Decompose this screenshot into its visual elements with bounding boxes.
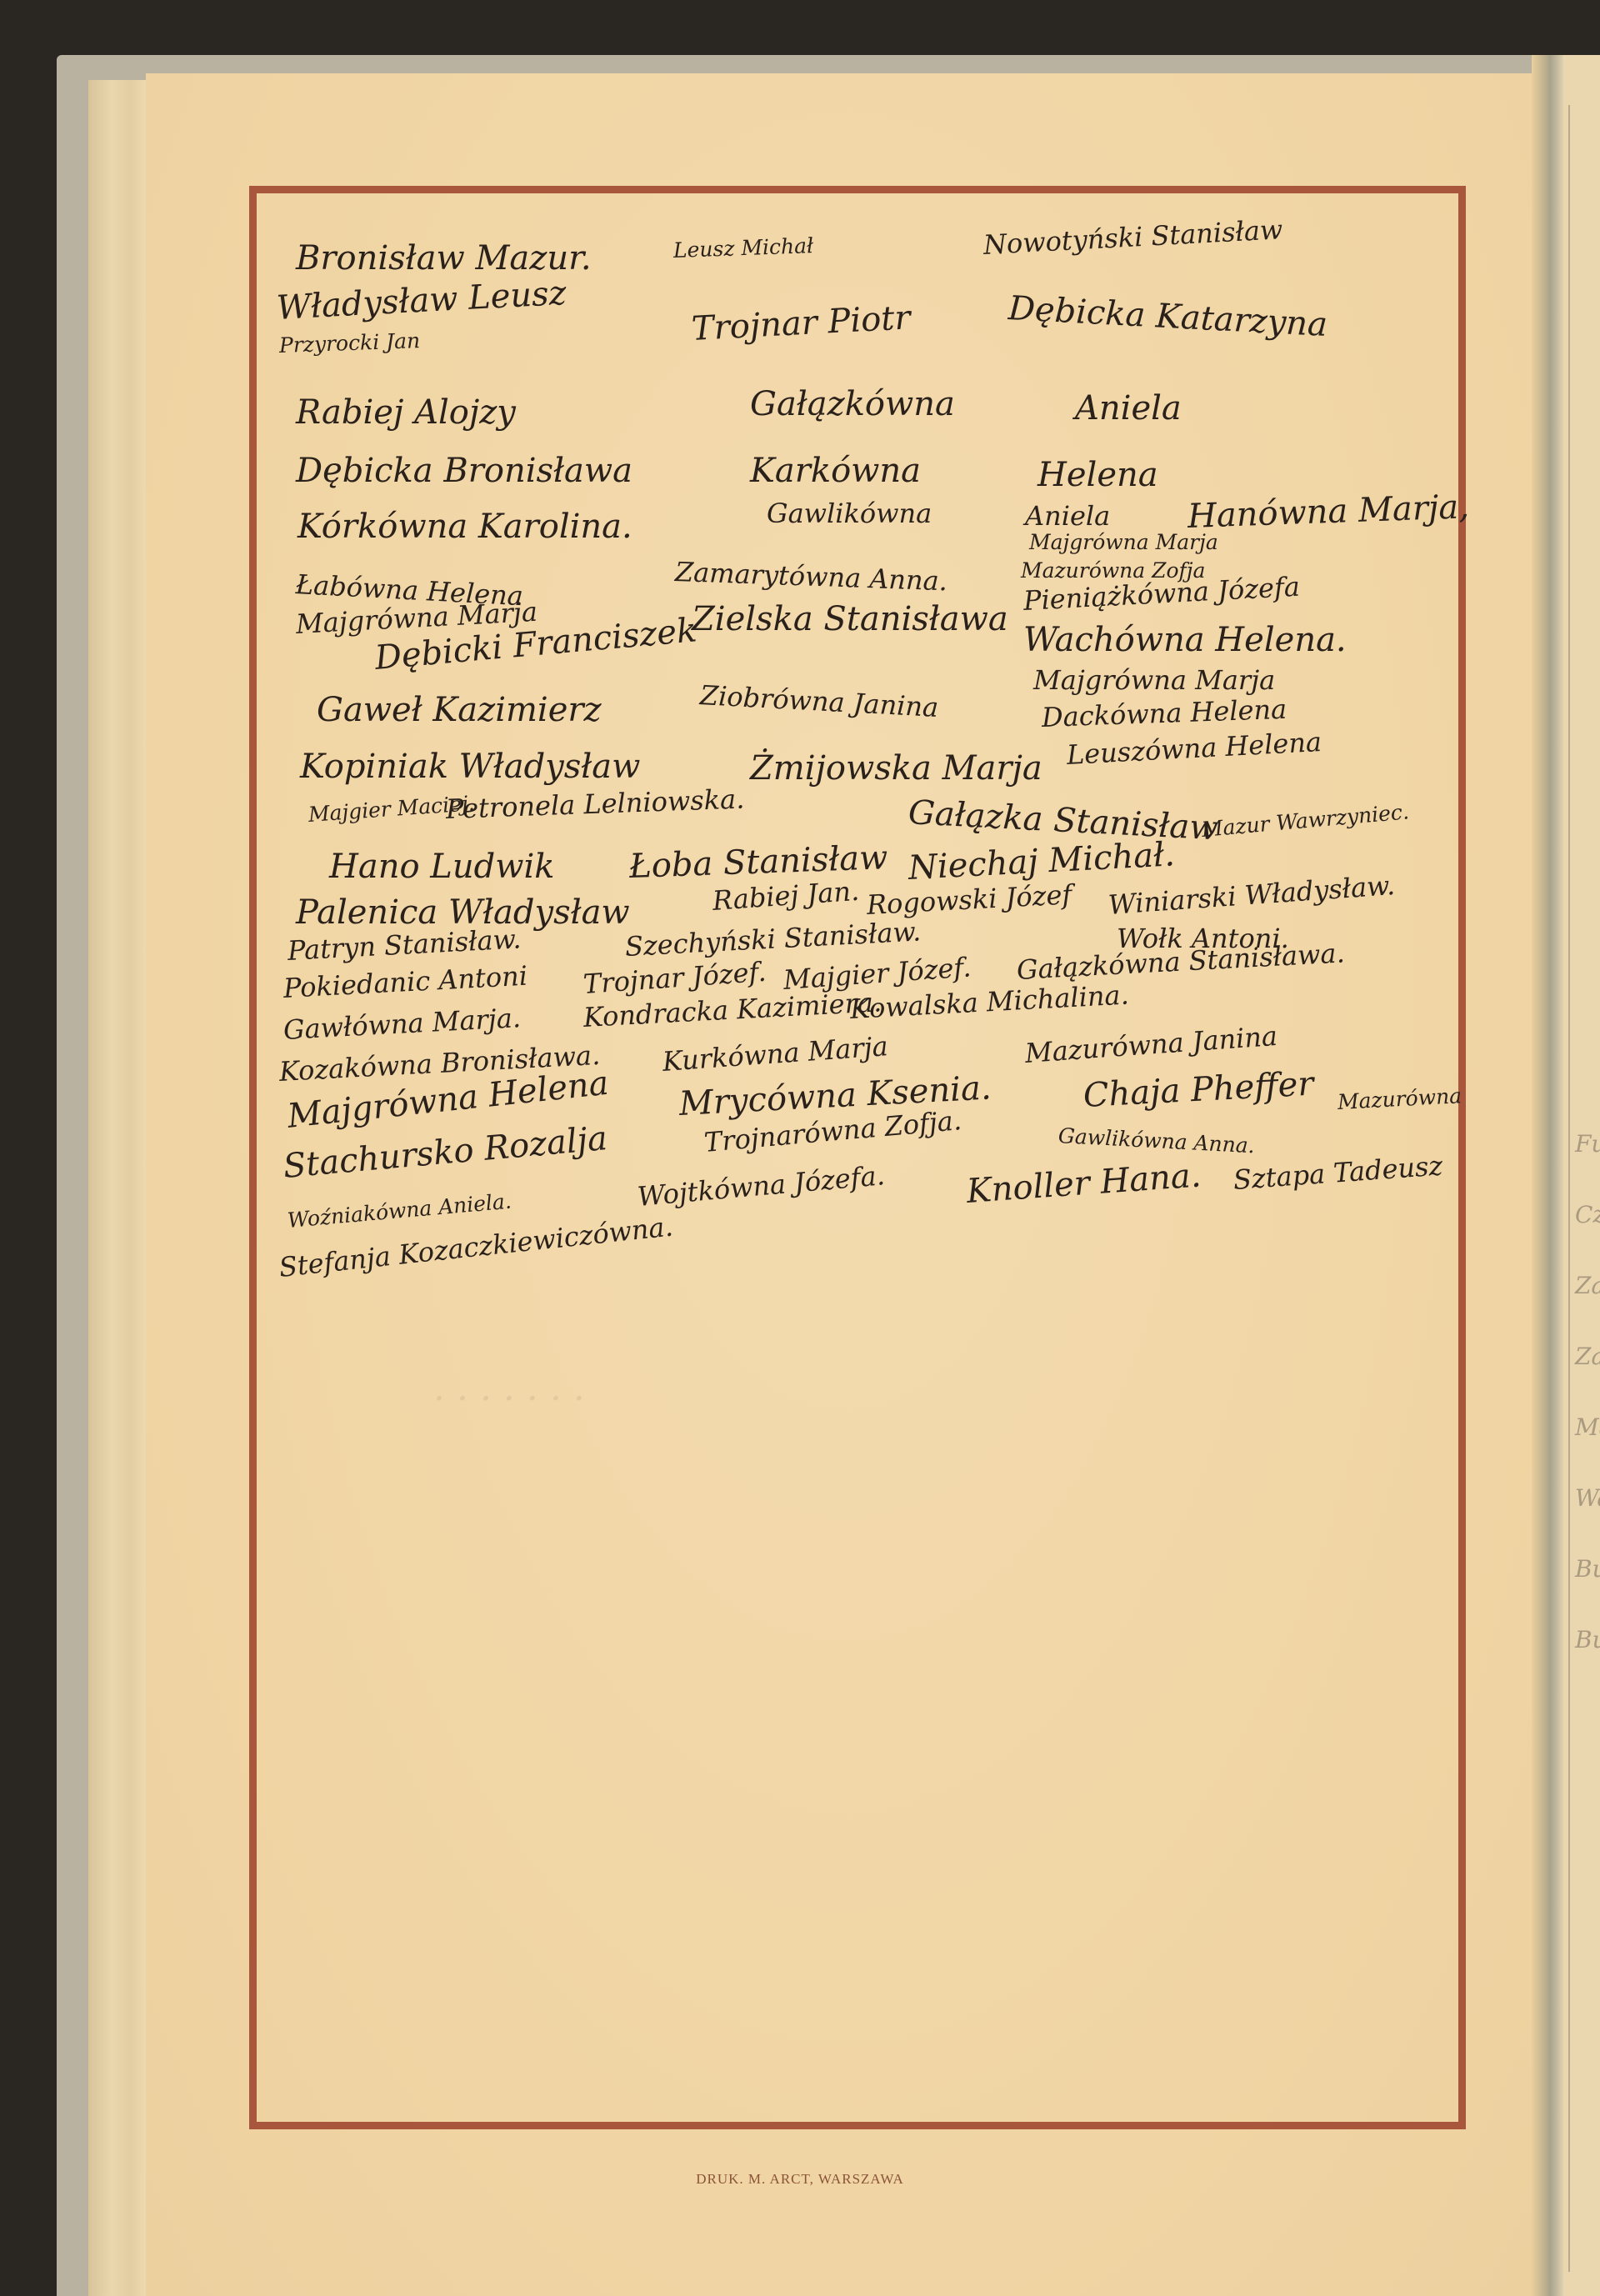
- signature: Winiarski Władysław.: [1107, 872, 1396, 918]
- signature: Rabiej Jan.: [712, 878, 860, 914]
- signature: Rogowski Józef: [866, 881, 1072, 918]
- signature: Nowotyński Stanisław: [982, 216, 1283, 258]
- signature: Pokiedanic Antoni: [282, 963, 528, 1002]
- signature: Rabiej Alojzy: [296, 396, 516, 429]
- signature: Przyrocki Jan: [279, 330, 421, 356]
- signature: Knoller Hana.: [966, 1158, 1202, 1208]
- signature: Szechyński Stanisław.: [624, 918, 922, 960]
- signature: Gałązkówna: [750, 388, 955, 421]
- signature: Palenica Władysław: [296, 896, 630, 929]
- signature: Dębicka Bronisława: [296, 454, 632, 488]
- signature: Wachówna Helena.: [1023, 623, 1347, 657]
- signature: Hano Ludwik: [329, 850, 555, 883]
- signature: Gawłówna Marja.: [282, 1004, 522, 1043]
- signature: Żmijowska Marja: [750, 752, 1042, 785]
- signature: Niechaj Michał.: [907, 838, 1176, 885]
- signature: Dębicka Katarzyna: [1007, 292, 1328, 342]
- signature: Sztapa Tadeusz: [1232, 1152, 1443, 1193]
- signature: Kurkówna Marja: [662, 1033, 889, 1075]
- signature: Gawlikówna: [767, 500, 932, 527]
- signature: Aniela: [1075, 392, 1182, 425]
- signature: Leuszówna Helena: [1066, 728, 1322, 768]
- signature: Hanówna Marja,: [1187, 490, 1469, 533]
- printer-imprint: DRUK. M. ARCT, WARSZAWA: [0, 2171, 1600, 2188]
- signature: Zamarytówna Anna.: [674, 558, 947, 594]
- signature: Zielska Stanisława: [692, 603, 1008, 636]
- signature: Kórkówna Karolina.: [297, 510, 632, 543]
- signature: Mazurówna Janina: [1024, 1023, 1278, 1067]
- signature: Władysław Leusz: [276, 277, 567, 325]
- signature: Trojnar Piotr: [691, 301, 911, 346]
- signature: Helena: [1037, 458, 1158, 492]
- signature: Gawlikówna Anna.: [1057, 1125, 1255, 1156]
- signature: Gałązkówna Stanisława.: [1016, 939, 1345, 983]
- signature: Leusz Michał: [673, 235, 814, 261]
- signature: Dackówna Helena: [1041, 696, 1287, 731]
- signature: Bronisław Mazur.: [296, 242, 592, 275]
- signature: Mazur Wawrzyniec.: [1201, 801, 1410, 840]
- signature: Ziobrówna Janina: [699, 682, 939, 721]
- signature: Mazurówna: [1337, 1085, 1462, 1113]
- signature: Majgrówna Marja: [1029, 532, 1218, 553]
- signature: Aniela: [1025, 503, 1110, 529]
- signature: Woźniakówna Aniela.: [287, 1191, 512, 1231]
- signature: Trojnar Józef.: [582, 958, 767, 998]
- signature: Gaweł Kazimierz: [317, 693, 602, 727]
- signature: Majgrówna Marja: [1033, 667, 1275, 693]
- signature: Chaja Pheffer: [1082, 1068, 1314, 1113]
- signature-list: Bronisław Mazur.Leusz MichałNowotyński S…: [0, 0, 1600, 2296]
- signature: Wojtkówna Józefa.: [637, 1162, 886, 1210]
- signature: Kopiniak Władysław: [300, 750, 640, 783]
- signature: Petronela Lelniowska.: [445, 785, 744, 822]
- signature: Karkówna: [750, 454, 921, 488]
